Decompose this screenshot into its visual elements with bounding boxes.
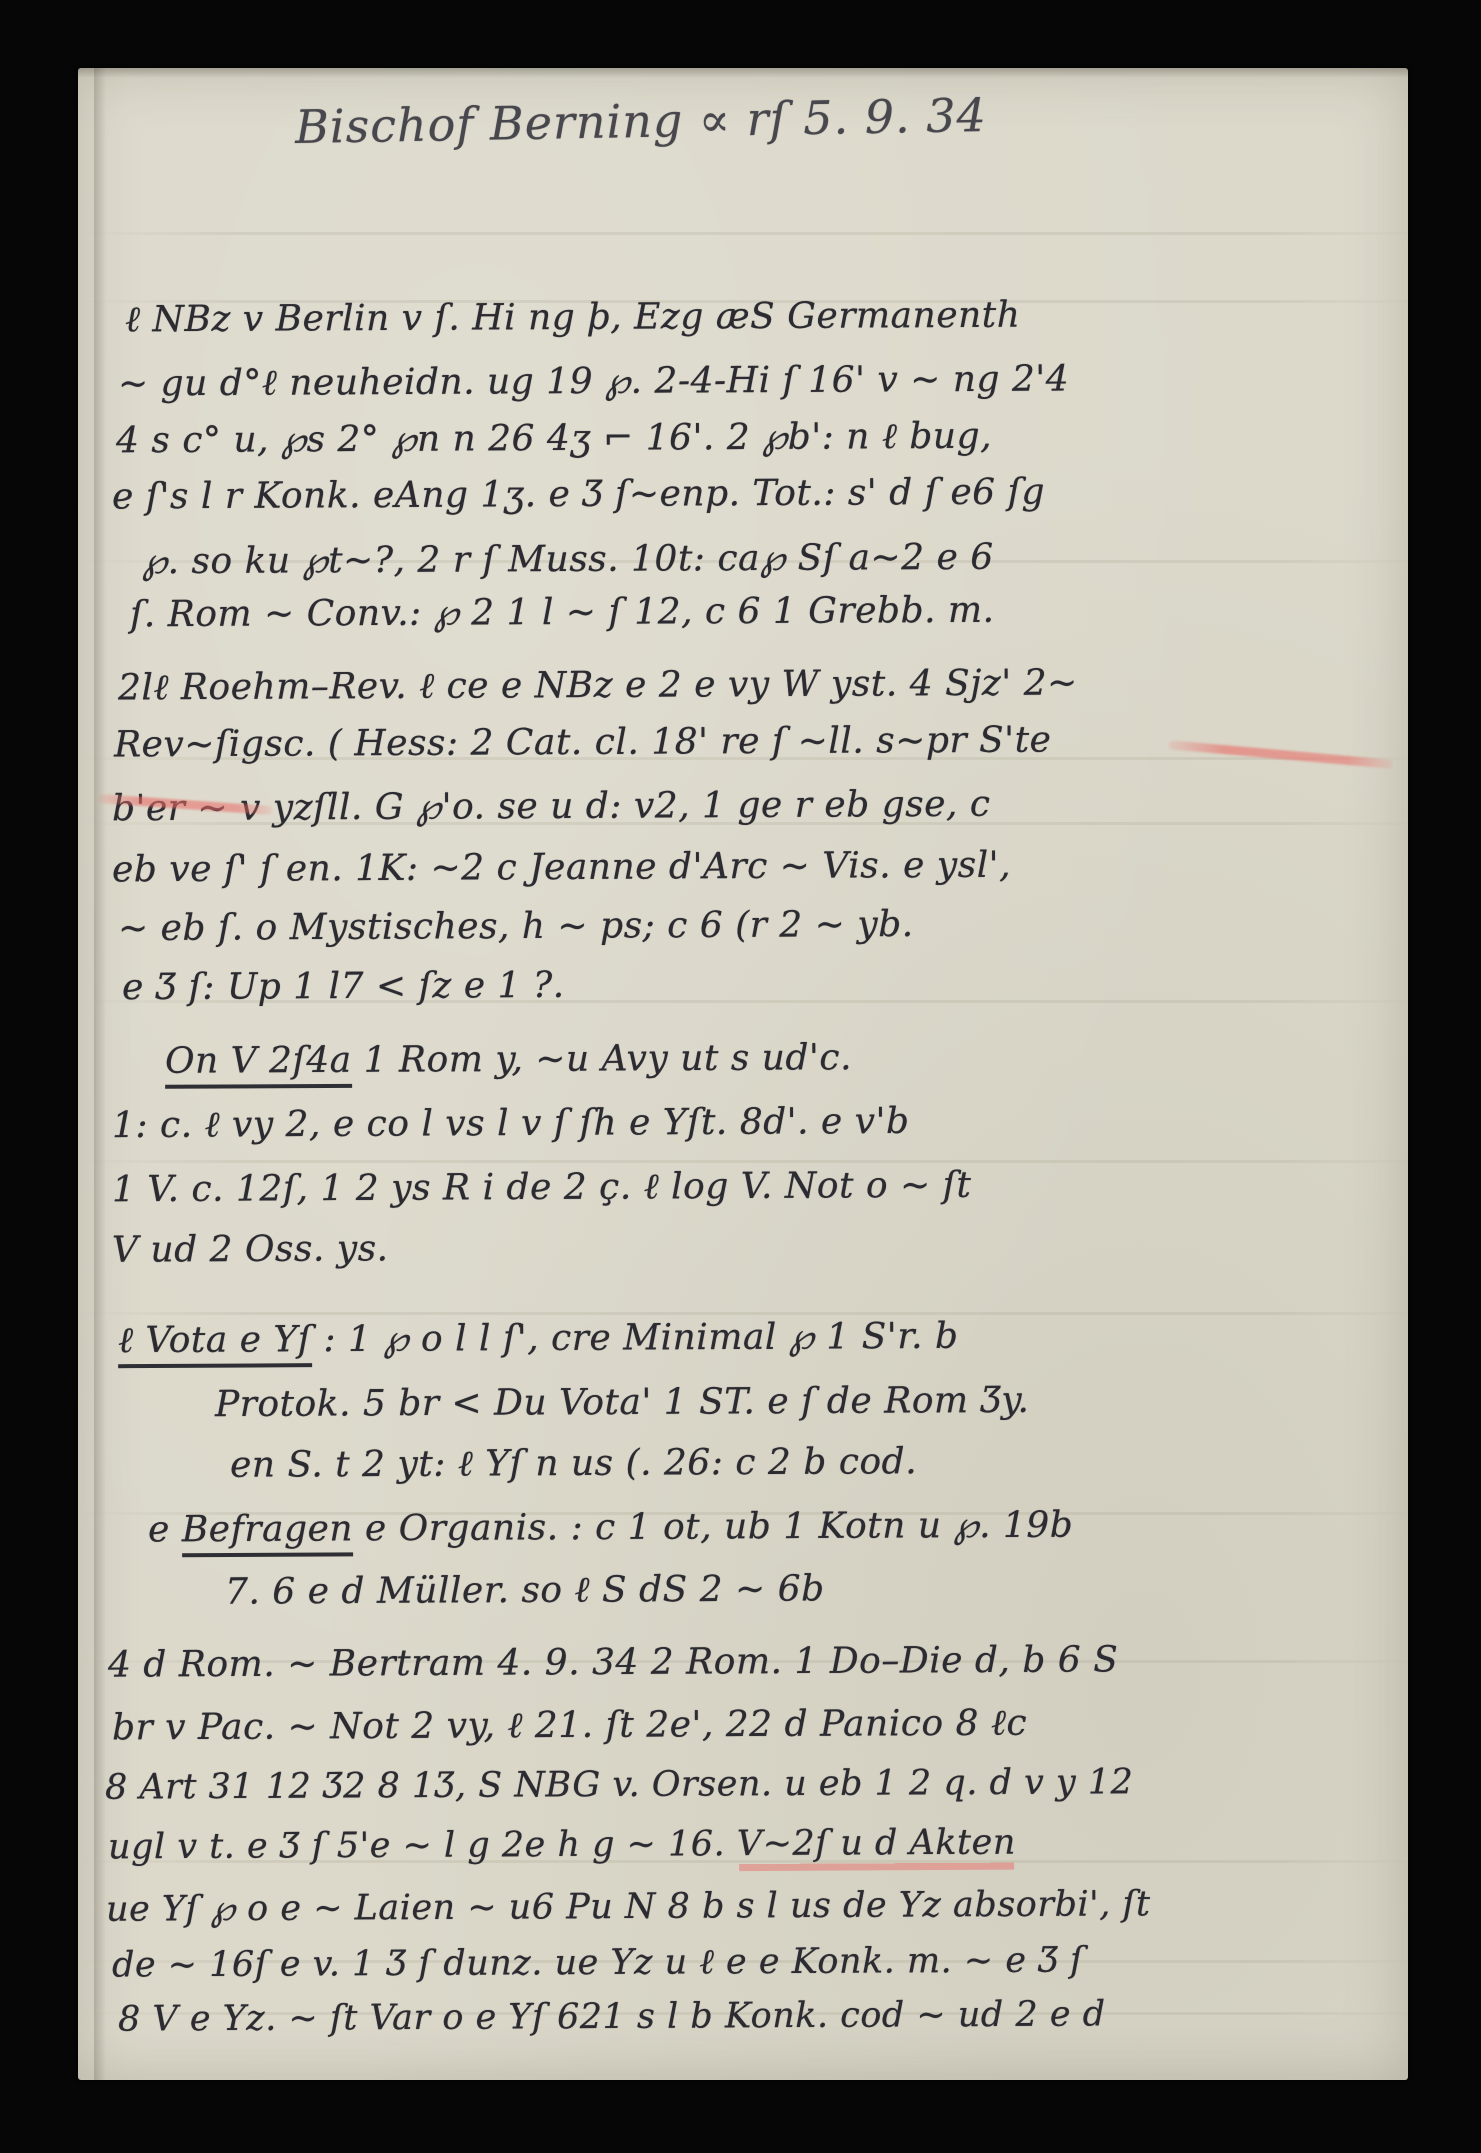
manuscript-line: ue Yſ ℘ o e ~ Laien ~ u6 Pu N 8 b s l us…: [106, 1884, 1151, 1929]
manuscript-line: en S. t 2 yt: ℓ Yſ n us (. 26: c 2 b cod…: [230, 1440, 917, 1486]
shorthand-text: Rev~ſigsc. ( Hess: 2 Cat. cl. 18' re ſ ~…: [114, 720, 1052, 766]
shorthand-text: Protok. 5 br < Du Vota' 1 ST. e ſ de Rom…: [215, 1380, 1030, 1425]
shorthand-text: 4 d Rom. ~ Bertram 4. 9. 34 2 Rom. 1 Do–…: [108, 1639, 1119, 1685]
shorthand-text: ℓ NBz v Berlin v ſ. Hi ng þ, Ezg æS Germ…: [125, 295, 1021, 341]
shorthand-text: ~ eb ſ. o Mystisches, h ~ ps; c 6 (r 2 ~…: [118, 904, 914, 949]
underlined-phrase: On V 2ſ4a: [165, 1040, 352, 1089]
shorthand-text: ℘. so ku ℘t~?, 2 r ſ Muss. 10t: ca℘ Sſ a…: [142, 537, 994, 582]
shorthand-text: 8 Art 31 12 Ʒ2 8 1Ʒ, S NBG v. Orsen. u e…: [105, 1762, 1134, 1807]
shorthand-text: 1 Rom y, ~u Avy ut s ud'c.: [352, 1037, 853, 1081]
shorthand-text: 1: c. ℓ vy 2, e co l vs l v ſ ſh e Yſt. …: [112, 1101, 910, 1146]
page-heading: Bischof Berning ∝ rſ 5. 9. 34: [295, 87, 988, 153]
manuscript-line: ugl v t. e Ʒ ſ 5'e ~ l g 2e h g ~ 16. V~…: [108, 1822, 1016, 1867]
manuscript-line: br v Pac. ~ Not 2 vy, ℓ 21. ſt 2e', 22 d…: [112, 1702, 1027, 1749]
shorthand-text: en S. t 2 yt: ℓ Yſ n us (. 26: c 2 b cod…: [230, 1441, 917, 1486]
manuscript-line: e Ʒ ſ: Up 1 l7 < ſz e 1 ?.: [122, 965, 565, 1008]
shorthand-text: 4 s c° u, ℘s 2° ℘n n 26 4ʒ ⌐ 16'. 2 ℘b':…: [116, 416, 992, 462]
manuscript-line: V ud 2 Oss. ys.: [112, 1228, 389, 1270]
manuscript-line: eb ve ſ' ſ en. 1K: ~2 c Jeanne d'Arc ~ V…: [112, 845, 1011, 891]
manuscript-line: 1 V. c. 12ſ, 1 2 ys R i de 2 ç. ℓ log V.…: [112, 1164, 972, 1210]
shorthand-text: 7. 6 e d Müller. so ℓ S dS 2 ~ 6b: [225, 1569, 825, 1613]
manuscript-line: ~ gu d°ℓ neuheidn. ug 19 ℘. 2-4-Hi ſ 16'…: [118, 358, 1069, 405]
shorthand-text: V ud 2 Oss. ys.: [112, 1228, 389, 1270]
underlined-phrase: ℓ Vota e Yſ: [118, 1319, 312, 1368]
manuscript-line: 2lℓ Roehm–Rev. ℓ ce e NBz e 2 e vy W yst…: [118, 662, 1078, 709]
shorthand-text: ue Yſ ℘ o e ~ Laien ~ u6 Pu N 8 b s l us…: [106, 1884, 1151, 1929]
manuscript-line: ℘. so ku ℘t~?, 2 r ſ Muss. 10t: ca℘ Sſ a…: [142, 537, 994, 582]
shorthand-text: ugl v t. e Ʒ ſ 5'e ~ l g 2e h g ~ 16.: [108, 1824, 737, 1867]
rule-line: [78, 1312, 1408, 1315]
manuscript-line: 8 Art 31 12 Ʒ2 8 1Ʒ, S NBG v. Orsen. u e…: [105, 1762, 1134, 1807]
manuscript-line: 8 V e Yz. ~ ſt Var o e Yſ 621 s l b Konk…: [118, 1994, 1106, 2039]
shorthand-text: e Ʒ ſ: Up 1 l7 < ſz e 1 ?.: [122, 965, 565, 1008]
manuscript-line: 1: c. ℓ vy 2, e co l vs l v ſ ſh e Yſt. …: [112, 1100, 910, 1146]
manuscript-line: 4 s c° u, ℘s 2° ℘n n 26 4ʒ ⌐ 16'. 2 ℘b':…: [116, 415, 992, 462]
manuscript-line: e Befragen e Organis. : c 1 ot, ub 1 Kot…: [148, 1505, 1073, 1551]
shorthand-text: 2lℓ Roehm–Rev. ℓ ce e NBz e 2 e vy W yst…: [118, 663, 1078, 709]
shorthand-text: ſ. Rom ~ Conv.: ℘ 2 1 l ~ ſ 12, c 6 1 Gr…: [130, 590, 995, 636]
shorthand-text: ~ gu d°ℓ neuheidn. ug 19 ℘. 2-4-Hi ſ 16'…: [118, 359, 1069, 405]
page-edge-shadow: [78, 68, 1408, 78]
underlined-phrase: Befragen: [182, 1508, 354, 1557]
manuscript-line: 7. 6 e d Müller. so ℓ S dS 2 ~ 6b: [225, 1568, 825, 1613]
manuscript-line: e ſ's l r Konk. eAng 1ʒ. e Ʒ ſ~enp. Tot.…: [112, 472, 1045, 518]
red-underlined-phrase: V~2ſ u d Akten: [737, 1822, 1016, 1863]
manuscript-line: Protok. 5 br < Du Vota' 1 ST. e ſ de Rom…: [215, 1380, 1030, 1425]
manuscript-line: On V 2ſ4a 1 Rom y, ~u Avy ut s ud'c.: [165, 1037, 852, 1082]
manuscript-line: ℓ NBz v Berlin v ſ. Hi ng þ, Ezg æS Germ…: [125, 294, 1021, 341]
rule-line: [78, 232, 1408, 235]
rule-line: [78, 1160, 1408, 1163]
manuscript-line: de ~ 16ſ e v. 1 Ʒ ſ dunz. ue Yz u ℓ e e …: [112, 1940, 1084, 1985]
shorthand-text: 8 V e Yz. ~ ſt Var o e Yſ 621 s l b Konk…: [118, 1994, 1106, 2039]
manuscript-line: ~ eb ſ. o Mystisches, h ~ ps; c 6 (r 2 ~…: [118, 904, 914, 949]
shorthand-text: e: [148, 1509, 182, 1550]
shorthand-text: e ſ's l r Konk. eAng 1ʒ. e Ʒ ſ~enp. Tot.…: [112, 472, 1045, 518]
manuscript-line: ſ. Rom ~ Conv.: ℘ 2 1 l ~ ſ 12, c 6 1 Gr…: [130, 590, 995, 636]
shorthand-text: de ~ 16ſ e v. 1 Ʒ ſ dunz. ue Yz u ℓ e e …: [112, 1940, 1084, 1985]
shorthand-text: eb ve ſ' ſ en. 1K: ~2 c Jeanne d'Arc ~ V…: [112, 845, 1011, 891]
manuscript-line: ℓ Vota e Yſ : 1 ℘ o l l ſ', cre Minimal …: [118, 1315, 959, 1361]
shorthand-text: br v Pac. ~ Not 2 vy, ℓ 21. ſt 2e', 22 d…: [112, 1703, 1027, 1749]
shorthand-text: e Organis. : c 1 ot, ub 1 Kotn u ℘. 19b: [353, 1505, 1073, 1550]
manuscript-line: 4 d Rom. ~ Bertram 4. 9. 34 2 Rom. 1 Do–…: [108, 1639, 1119, 1685]
shorthand-text: 1 V. c. 12ſ, 1 2 ys R i de 2 ç. ℓ log V.…: [112, 1165, 972, 1210]
shorthand-text: : 1 ℘ o l l ſ', cre Minimal ℘ 1 S'r. b: [311, 1316, 958, 1360]
manuscript-line: Rev~ſigsc. ( Hess: 2 Cat. cl. 18' re ſ ~…: [114, 720, 1052, 766]
